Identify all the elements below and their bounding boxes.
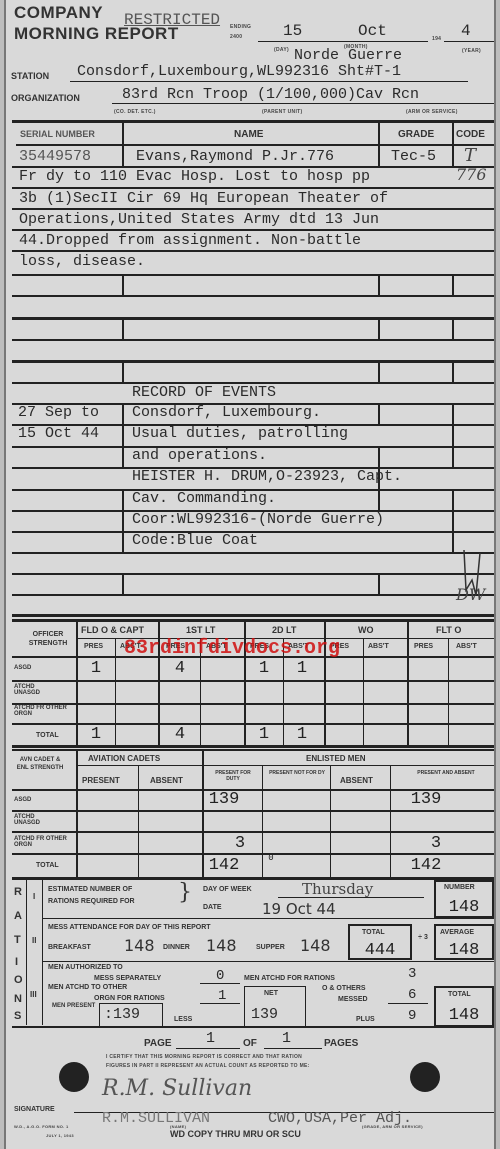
of-value: 1 — [282, 1030, 291, 1047]
field-value: T — [14, 934, 21, 946]
copy-note: WD COPY THRU MRU OR SCU — [170, 1129, 301, 1139]
row-atchd-fr-other-orgn: ATCHD FR OTHER ORGN — [14, 836, 74, 848]
enlisted-sub-rule — [78, 765, 494, 766]
number-value: 148 — [436, 898, 492, 917]
event-line: and operations. — [132, 447, 267, 464]
remark-line: Fr dy to 110 Evac Hosp. Lost to hosp pp — [19, 168, 370, 185]
col-code: CODE — [456, 129, 485, 140]
event-line: Code:Blue Coat — [132, 532, 258, 549]
enlisted-strength-header: AVN CADET & ENL STRENGTH — [14, 756, 66, 772]
event-line: Consdorf, Luxembourg. — [132, 404, 321, 421]
atchd-value: 1 — [218, 988, 226, 1004]
field-value: PRES — [414, 643, 433, 650]
average-value: 148 — [436, 941, 492, 960]
page-label: PAGE — [144, 1038, 172, 1049]
col-absent: ABSENT — [340, 776, 373, 785]
row-asgd: ASGD — [14, 797, 31, 803]
section-ii-numeral: II — [32, 936, 36, 945]
enlisted-divider — [390, 765, 391, 878]
record-of-events-heading: RECORD OF EVENTS — [132, 384, 276, 401]
plus-label: PLUS — [356, 1016, 375, 1023]
name-value: Evans,Raymond P.Jr.776 — [136, 148, 334, 165]
field-value: R — [14, 886, 22, 898]
organization-underline — [112, 103, 494, 104]
organization-value: 83rd Rcn Troop (1/100,000)Cav Rcn — [122, 86, 419, 103]
field-value: A — [14, 910, 22, 922]
event-line: Cav. Commanding. — [132, 490, 276, 507]
group-fld-o-capt: FLD O & CAPT — [81, 625, 144, 635]
col-cadets-absent: ABSENT — [150, 776, 183, 785]
col-present-for-duty: PRESENT FOR DUTY — [208, 770, 258, 782]
men-present-value: :139 — [104, 1006, 140, 1023]
atchd-underline — [200, 1003, 240, 1004]
date-value: 19 Oct 44 — [262, 900, 336, 918]
day-of-week-value: Thursday — [302, 880, 373, 898]
report-day: 15 — [283, 22, 302, 40]
field-value: 139 — [406, 790, 446, 809]
others-label-2: MESSED — [338, 996, 368, 1003]
remark-line: loss, disease. — [19, 253, 145, 270]
enlisted-divider — [138, 765, 139, 878]
col-grade: GRADE — [398, 129, 434, 140]
col-present-not-for-dy: PRESENT NOT FOR DY — [268, 770, 326, 776]
auth-underline — [200, 983, 240, 984]
field-value: 142 — [406, 856, 446, 875]
others-underline — [388, 1003, 428, 1004]
ending-label: ENDING — [230, 24, 251, 30]
group-flt-o: FLT O — [436, 625, 461, 635]
event-line: HEISTER H. DRUM,O-23923, Capt. — [132, 468, 402, 485]
col-serial-number: SERIAL NUMBER — [20, 129, 95, 139]
dinner-value: 148 — [206, 936, 237, 955]
form-number: W.D., A.G.O. FORM NO. 1 — [14, 1124, 69, 1129]
of-underline — [264, 1048, 322, 1049]
ending-time: 2400 — [230, 34, 242, 40]
field-value: ABS'T — [368, 643, 389, 650]
org-caption-parent: (PARENT UNIT) — [262, 109, 302, 115]
certify-line-1: I CERTIFY THAT THIS MORNING REPORT IS CO… — [106, 1054, 302, 1060]
group-wo: WO — [358, 625, 374, 635]
rations-total-label: TOTAL — [448, 991, 471, 998]
row-atchd-unasgd: ATCHD UNASGD — [14, 814, 54, 826]
rations-bottom-border — [12, 1026, 494, 1028]
less-label: LESS — [174, 1016, 192, 1023]
field-value: 3 — [220, 834, 260, 853]
field-value: 139 — [204, 790, 244, 809]
field-value: 1 — [78, 725, 114, 744]
grade-caption: (GRADE, ARM OR SERVICE) — [362, 1124, 423, 1129]
col-cadets-present: PRESENT — [82, 776, 120, 785]
station-underline — [70, 81, 468, 82]
remark-line: 44.Dropped from assignment. Non-battle — [19, 232, 361, 249]
handwritten-mark-icon — [458, 545, 488, 605]
men-present-label: MEN PRESENT — [52, 1003, 95, 1009]
organization-label: ORGANIZATION — [11, 93, 80, 103]
field-value: 0 — [266, 853, 276, 863]
station-value: Consdorf,Luxembourg,WL992316 Sht#T-1 — [77, 63, 401, 80]
code-value: T — [464, 145, 476, 166]
row-atchd-fr-other-orgn: ATCHD FR OTHER ORGN — [14, 705, 74, 717]
pages-label: PAGES — [324, 1038, 358, 1049]
total-value: 444 — [350, 941, 410, 960]
row-total: TOTAL — [36, 862, 59, 869]
rations-required-label-2: RATIONS REQUIRED FOR — [48, 898, 135, 905]
grade-value: Tec-5 — [391, 148, 436, 165]
enlisted-divider — [330, 765, 331, 878]
station-extra-note: Norde Guerre — [294, 47, 402, 64]
of-label: OF — [243, 1038, 257, 1049]
field-value: 142 — [204, 856, 244, 875]
officer-top-border — [12, 619, 494, 622]
punch-hole-right — [410, 1062, 440, 1092]
atchd-label-2: ORGN FOR RATIONS — [94, 995, 165, 1002]
field-value: O — [14, 974, 23, 986]
field-value: N — [14, 993, 22, 1005]
serial-number-value: 35449578 — [19, 148, 91, 165]
rations-divider — [26, 880, 27, 1025]
breakfast-label: BREAKFAST — [48, 944, 91, 951]
others-label-1: O & OTHERS — [322, 985, 366, 992]
field-value: 1 — [284, 659, 320, 678]
average-label: AVERAGE — [440, 929, 474, 936]
table-top-border — [12, 120, 494, 123]
row-atchd-unasgd: ATCHD UNASGD — [14, 684, 54, 696]
col-present-and-absent: PRESENT AND ABSENT — [416, 770, 476, 776]
event-line: Coor:WL992316-(Norde Guerre) — [132, 511, 384, 528]
auth-value: 0 — [216, 968, 224, 984]
men-atchd-label: MEN ATCHD FOR RATIONS — [244, 975, 335, 982]
report-month: Oct — [358, 22, 387, 40]
others-value: 6 — [408, 987, 416, 1003]
form-title-line1: COMPANY — [14, 3, 103, 23]
field-value: 1 — [284, 725, 320, 744]
event-line: Usual duties, patrolling — [132, 425, 348, 442]
field-value: 3 — [416, 834, 456, 853]
group-2d-lt: 2D LT — [272, 625, 296, 635]
enlisted-divider — [262, 765, 263, 878]
field-value: PRES — [84, 643, 103, 650]
enlisted-top-border — [12, 749, 494, 751]
org-caption-arm: (ARM OR SERVICE) — [406, 109, 458, 115]
auth-label-2: MESS SEPARATELY — [94, 975, 161, 982]
field-value: 1 — [246, 725, 282, 744]
field-value: S — [14, 1010, 21, 1022]
row-asgd: ASGD — [14, 665, 31, 671]
station-label: STATION — [11, 71, 49, 81]
section-i-numeral: I — [33, 892, 35, 901]
rations-required-label-1: ESTIMATED NUMBER OF — [48, 886, 132, 893]
row-total: TOTAL — [36, 732, 59, 739]
restricted-stamp: RESTRICTED — [124, 11, 220, 29]
year-caption: (YEAR) — [462, 48, 481, 54]
field-value: 1 — [246, 659, 282, 678]
field-value: ABS'T — [456, 643, 477, 650]
form-date: JULY 1, 1943 — [46, 1133, 74, 1138]
signer-typed-name: R.M.SULLIVAN — [102, 1110, 210, 1127]
divide-by-three: ÷ 3 — [418, 934, 428, 941]
breakfast-value: 148 — [124, 936, 155, 955]
brace-icon: } — [178, 880, 192, 905]
mess-attendance-label: MESS ATTENDANCE FOR DAY OF THIS REPORT — [48, 924, 211, 931]
report-year-digit: 4 — [461, 22, 471, 40]
total-label: TOTAL — [362, 929, 385, 936]
section-rule — [42, 918, 494, 919]
officer-strength-header: OFFICER STRENGTH — [24, 630, 72, 648]
page-underline — [176, 1048, 240, 1049]
section-rule — [42, 961, 494, 962]
aviation-cadets-group: AVIATION CADETS — [88, 754, 160, 763]
rations-total-value: 148 — [436, 1006, 492, 1025]
events-date-to: 15 Oct 44 — [18, 425, 99, 442]
signature-label: SIGNATURE — [14, 1106, 55, 1113]
date-underline — [258, 41, 428, 42]
year-underline — [444, 41, 494, 42]
number-label: NUMBER — [444, 884, 475, 891]
section-iii-numeral: III — [30, 990, 37, 999]
page-value: 1 — [206, 1030, 215, 1047]
morning-report-form: COMPANY MORNING REPORT RESTRICTED ENDING… — [4, 0, 496, 1149]
watermark: 83rdinfdivdocs.org — [124, 637, 340, 660]
field-value: 1 — [78, 659, 114, 678]
field-value: 4 — [160, 725, 200, 744]
rations-divider — [42, 880, 43, 1025]
day-caption: (DAY) — [274, 47, 289, 53]
group-1st-lt: 1ST LT — [186, 625, 215, 635]
supper-value: 148 — [300, 936, 331, 955]
certify-line-2: FIGURES IN PART II REPRESENT AN ACTUAL C… — [106, 1063, 310, 1069]
remark-line: Operations,United States Army dtd 13 Jun — [19, 211, 379, 228]
enlisted-men-group: ENLISTED MEN — [306, 754, 366, 763]
field-value: 4 — [160, 659, 200, 678]
supper-label: SUPPER — [256, 944, 285, 951]
remark-line: 3b (1)SecII Cir 69 Hq European Theater o… — [19, 190, 388, 207]
org-caption-unit: (CO. DET. ETC.) — [114, 109, 156, 115]
day-of-week-label: DAY OF WEEK — [203, 886, 252, 893]
events-date-from: 27 Sep to — [18, 404, 99, 421]
net-value: 139 — [251, 1006, 278, 1023]
plus-value: 9 — [408, 1008, 416, 1024]
field-value: I — [15, 956, 18, 968]
year-prefix: 194 — [432, 36, 441, 42]
enlisted-divider — [76, 750, 78, 878]
day-underline — [278, 897, 424, 898]
auth-label-1: MEN AUTHORIZED TO — [48, 964, 123, 971]
signature-handwritten: R.M. Sullivan — [102, 1076, 252, 1101]
col-name: NAME — [234, 129, 263, 140]
date-label: DATE — [203, 904, 222, 911]
net-label: NET — [264, 990, 278, 997]
atchd-label-1: MEN ATCHD TO OTHER — [48, 984, 127, 991]
men-atchd-value: 3 — [408, 966, 416, 982]
punch-hole-left — [59, 1062, 89, 1092]
header-rule — [16, 144, 494, 146]
dinner-label: DINNER — [163, 944, 190, 951]
